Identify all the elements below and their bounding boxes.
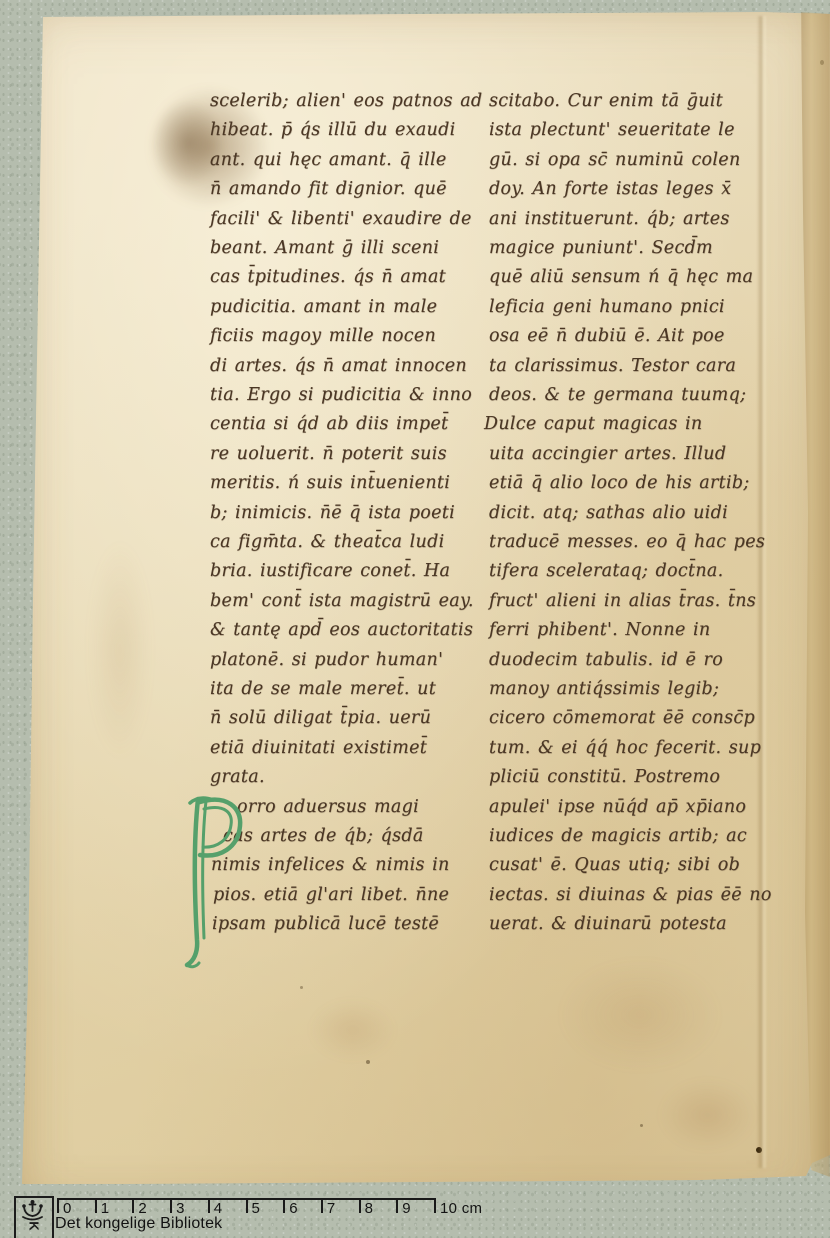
manuscript-line: orro aduersus magi [237, 794, 419, 824]
crown-K-icon: K [16, 1198, 49, 1235]
ruler-tick [283, 1198, 285, 1213]
manuscript-line: fruct' alieni in alias t̄ras. t̄ns [489, 588, 756, 618]
manuscript-line: ipsam publicā lucē testē [212, 911, 439, 941]
ruler-tick [434, 1198, 436, 1213]
manuscript-line: hibeat. p̄ q́s illū du exaudi [210, 117, 456, 147]
manuscript-line: deos. & te germana tuumq; [489, 382, 746, 412]
scan-canvas: scelerib; alien' eos patnos adhibeat. p̄… [0, 0, 830, 1238]
speck [640, 1124, 643, 1127]
svg-text:K: K [27, 1221, 42, 1231]
ruler-label: 10 cm [440, 1200, 482, 1217]
manuscript-line: ta clarissimus. Testor cara [489, 353, 736, 383]
manuscript-line: re uoluerit. n̄ poterit suis [210, 441, 447, 471]
manuscript-line: pudicitia. amant in male [210, 294, 437, 324]
manuscript-line: apulei' ipse nūq́d ap̄ xp̄iano [489, 794, 746, 824]
manuscript-line: bria. iustificare conet̄. Ha [210, 558, 450, 588]
manuscript-line: magice puniunt'. Secd̄m [489, 235, 713, 265]
manuscript-line: bem' cont̄ ista magistrū eay. [210, 588, 474, 618]
royal-library-logo: K [14, 1196, 54, 1238]
speck [300, 986, 303, 989]
parchment-blemish [660, 1080, 755, 1150]
ruler-tick [321, 1198, 323, 1213]
manuscript-line: gū. si opa sc̄ numinū colen [489, 147, 741, 177]
manuscript-line: scelerib; alien' eos patnos ad [210, 88, 482, 118]
manuscript-line: traducē messes. eo q̄ hac pes [489, 529, 765, 559]
manuscript-line: uerat. & diuinarū potesta [489, 911, 727, 941]
manuscript-line: & tantę apd̄ eos auctoritatis [210, 617, 473, 647]
manuscript-line: etiā q̄ alio loco de his artib; [489, 470, 750, 500]
manuscript-line: manoy antiq́ssimis legib; [489, 676, 719, 706]
speck [366, 1060, 370, 1064]
manuscript-line: ferri phibent'. Nonne in [489, 617, 710, 647]
manuscript-line: centia si q́d ab diis impet̄ [210, 411, 448, 441]
ruler-tick [208, 1198, 210, 1213]
manuscript-line: duodecim tabulis. id ē ro [489, 647, 723, 677]
manuscript-line: osa eē n̄ dubiū ē. Ait poe [489, 323, 725, 353]
ruler-label: 5 [252, 1200, 261, 1217]
manuscript-line: iudices de magicis artib; ac [489, 823, 747, 853]
manuscript-line: iectas. si diuinas & pias ēē no [489, 882, 772, 912]
manuscript-line: cicero cōmemorat ēē consc̄p [489, 705, 755, 735]
manuscript-line: uita accingier artes. Illud [489, 441, 726, 471]
manuscript-line: ita de se male meret̄. ut [210, 676, 436, 706]
manuscript-line: ficiis magoy mille nocen [210, 323, 436, 353]
manuscript-line: etiā diuinitati existimet̄ [210, 735, 427, 765]
manuscript-line: nimis infelices & nimis in [211, 852, 450, 882]
page-crease [757, 16, 767, 1168]
manuscript-line: tifera scelerataq; doct̄na. [489, 558, 723, 588]
parchment-blemish [90, 540, 150, 760]
manuscript-line: leficia geni humano pnici [489, 294, 725, 324]
manuscript-line: beant. Amant ḡ illi sceni [210, 235, 439, 265]
manuscript-line: n̄ solū diligat t̄pia. uerū [210, 705, 431, 735]
manuscript-line: cusat' ē. Quas utiq; sibi ob [489, 852, 740, 882]
manuscript-line: doy. An forte istas leges x̄ [489, 176, 731, 206]
manuscript-line: tum. & ei q́q́ hoc fecerit. sup [489, 735, 761, 765]
manuscript-line: scitabo. Cur enim tā ḡuit [489, 88, 723, 118]
ruler-label: 8 [365, 1200, 374, 1217]
manuscript-line: ant. qui hęc amant. q̄ ille [210, 147, 447, 177]
manuscript-line: tia. Ergo si pudicitia & inno [210, 382, 472, 412]
parchment-blemish [310, 1000, 395, 1060]
manuscript-line: quē aliū sensum ń q̄ hęc ma [489, 264, 753, 294]
ruler-label: 9 [402, 1200, 411, 1217]
ruler-tick [57, 1198, 59, 1213]
manuscript-line: b; inimicis. n̄ē q̄ ista poeti [210, 500, 455, 530]
ruler-label: 7 [327, 1200, 336, 1217]
manuscript-line: n̄ amando fit dignior. quē [210, 176, 447, 206]
manuscript-line: ani instituerunt. q́b; artes [489, 206, 730, 236]
manuscript-line: cas t̄pitudines. q́s n̄ amat [210, 264, 446, 294]
manuscript-line: platonē. si pudor human' [210, 647, 443, 677]
library-name: Det kongelige Bibliotek [55, 1215, 222, 1233]
manuscript-line: dicit. atq; sathas alio uidi [489, 500, 728, 530]
ruler-tick [170, 1198, 172, 1213]
manuscript-line: facili' & libenti' exaudire de [210, 206, 472, 236]
manuscript-line: Dulce caput magicas in [484, 411, 703, 441]
illuminated-initial-P [183, 792, 245, 972]
parchment-blemish [560, 960, 720, 1070]
ruler-tick [396, 1198, 398, 1213]
ruler-tick [132, 1198, 134, 1213]
manuscript-line: pliciū constitū. Postremo [489, 764, 720, 794]
manuscript-line: pios. etiā gl'ari libet. n̄ne [213, 882, 449, 912]
ruler-tick [359, 1198, 361, 1213]
manuscript-line: ista plectunt' seueritate le [489, 117, 735, 147]
ruler-tick [95, 1198, 97, 1213]
manuscript-line: ca figm̄ta. & theat̄ca ludi [210, 529, 445, 559]
manuscript-line: meritis. ń suis int̄uenienti [210, 470, 450, 500]
manuscript-line: cas artes de q́b; q́sdā [223, 823, 424, 853]
manuscript-line: di artes. q́s n̄ amat innocen [210, 353, 467, 383]
manuscript-line: grata. [210, 764, 265, 794]
ruler-label: 6 [289, 1200, 298, 1217]
ruler-tick [246, 1198, 248, 1213]
